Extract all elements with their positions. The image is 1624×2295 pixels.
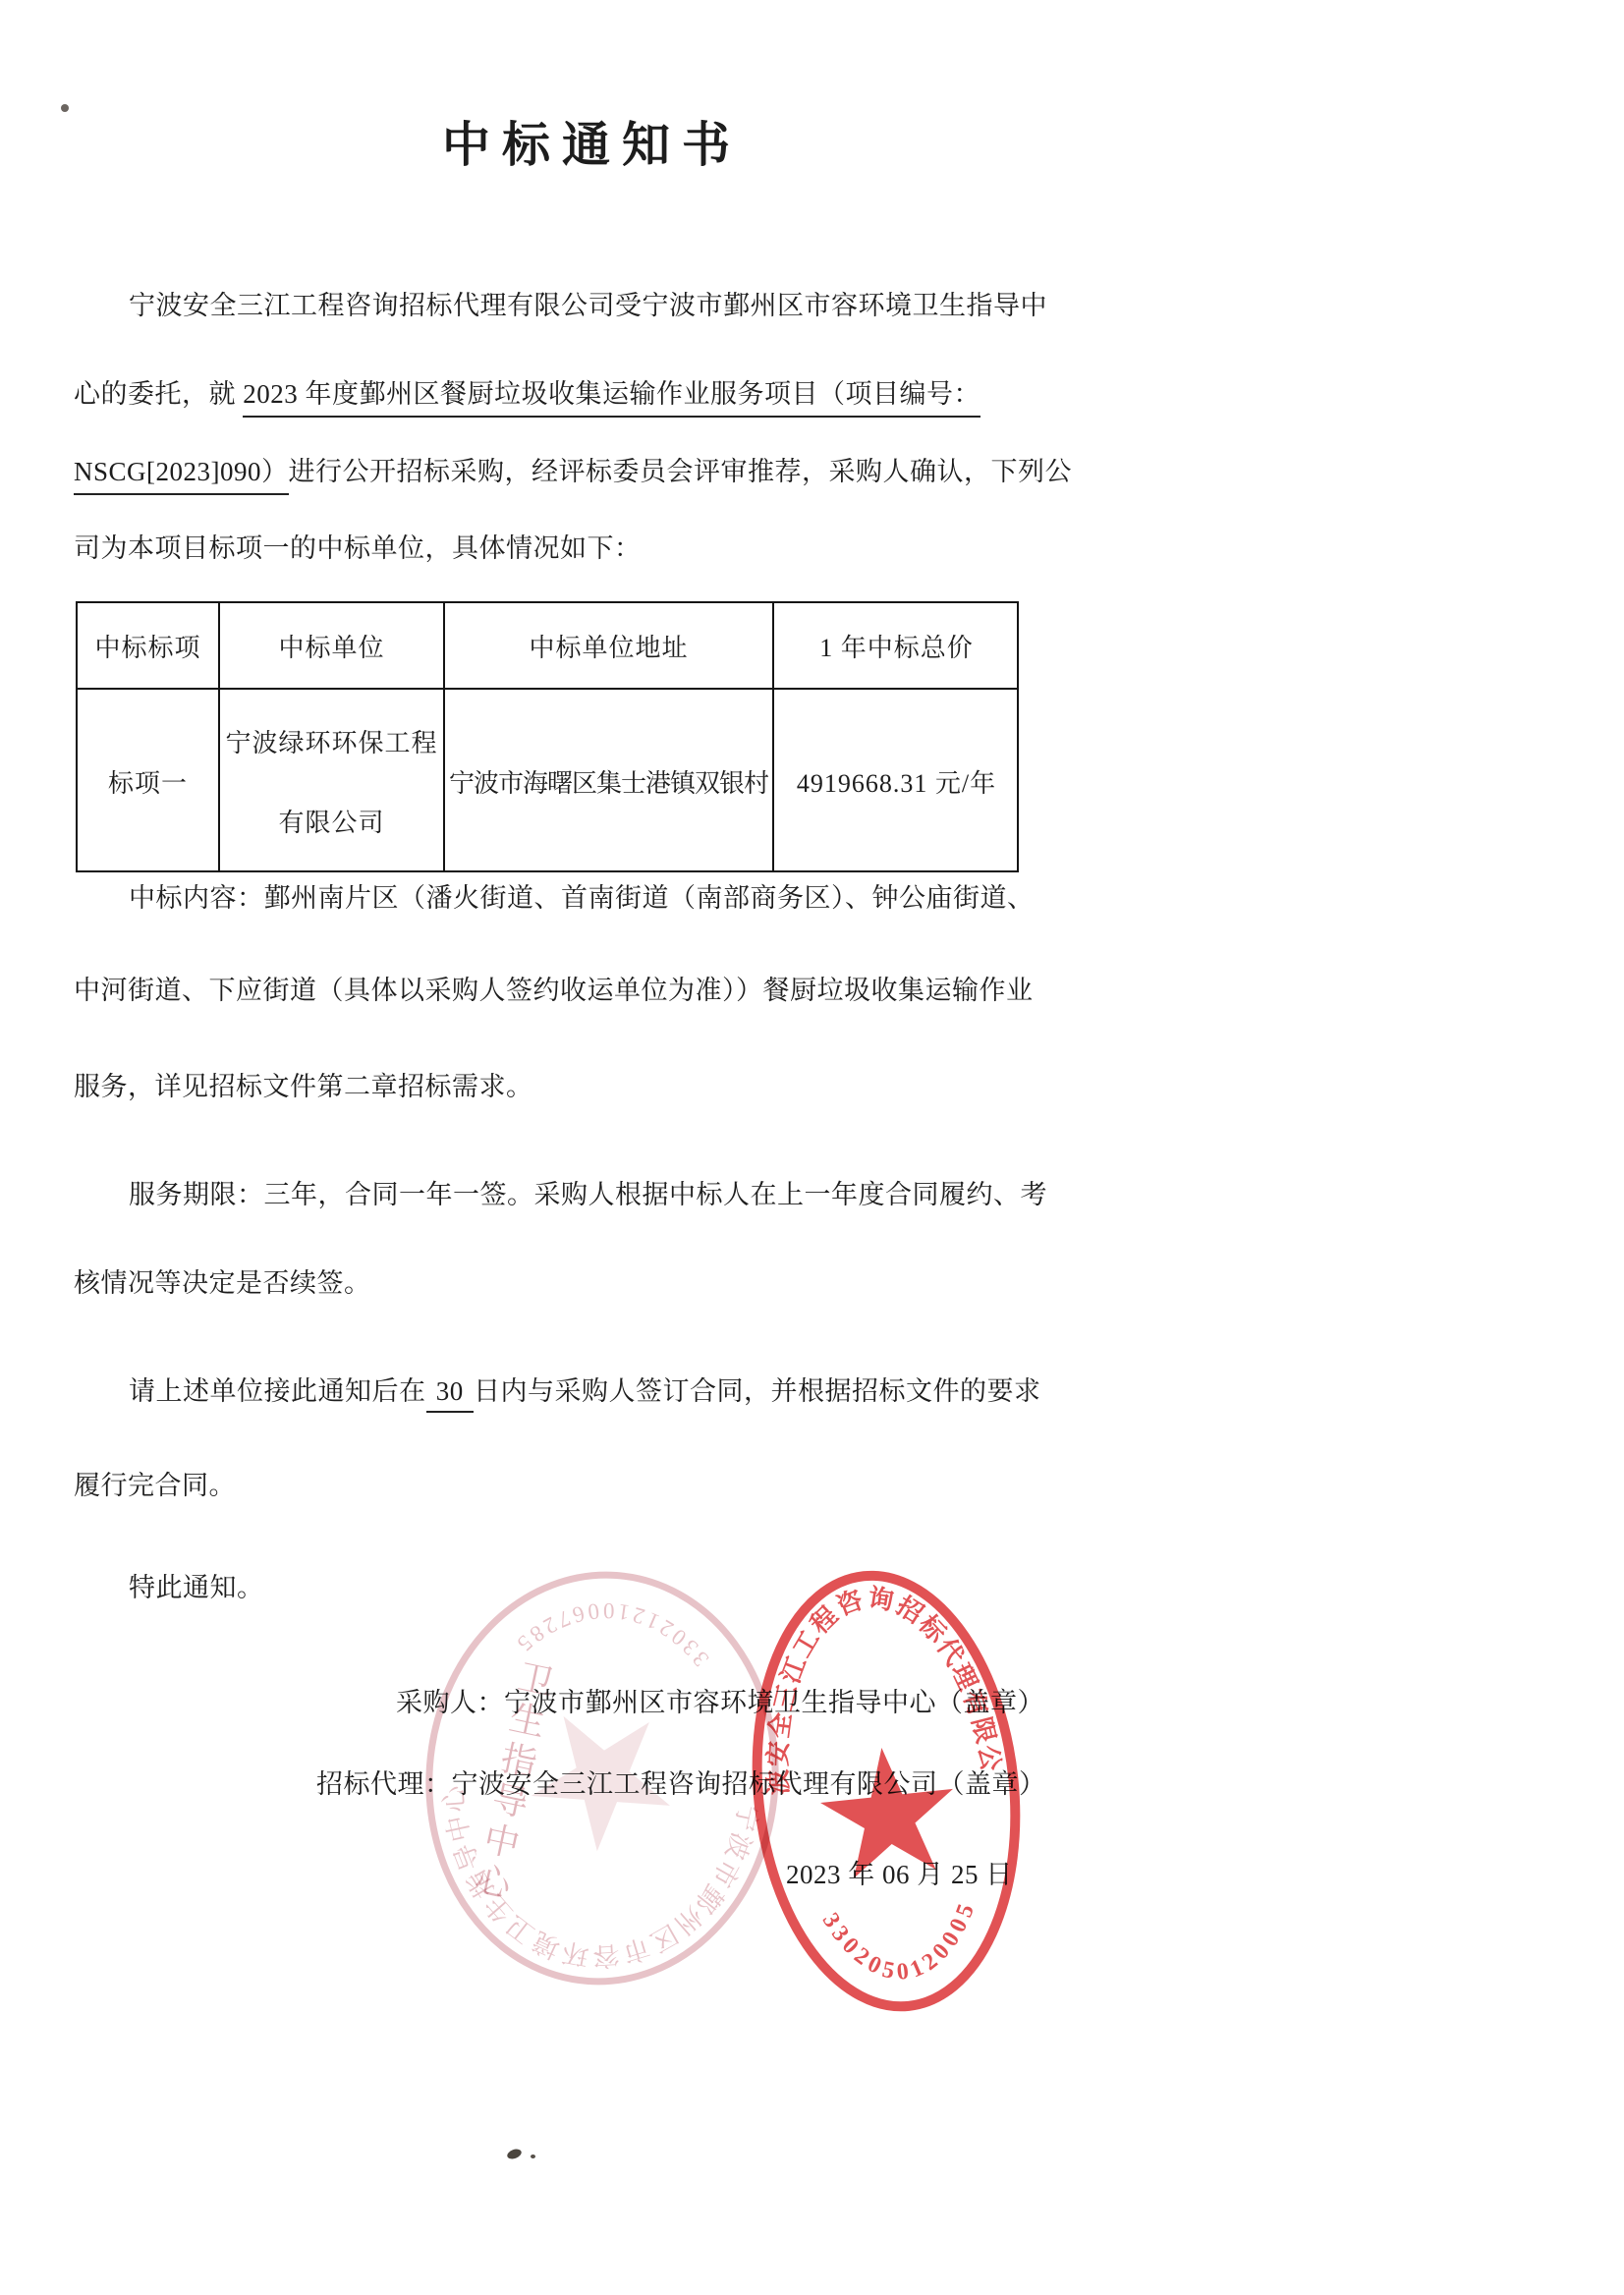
table-header-price: 1 年中标总价 [774,603,1019,690]
table-cell-company-line1: 宁波绿环环保工程 [225,723,437,759]
para4-line1-underlined-days: 30 [426,1376,475,1413]
award-table: 中标标项 中标单位 中标单位地址 1 年中标总价 标项一 宁波绿环环保工程 有限… [76,601,1019,872]
scanned-award-notice-document: 中标通知书 宁波安全三江工程咨询招标代理有限公司受宁波市鄞州区市容环境卫生指导中… [0,0,1624,2295]
para2-line3: 服务，详见招标文件第二章招标需求。 [74,1070,533,1103]
agent-seal-serial: 3302050120005 [815,1894,988,1993]
para1-line3-plain: 进行公开招标采购，经评标委员会评审推荐，采购人确认，下列公 [289,457,1073,486]
signature-date: 2023 年 06 月 25 日 [786,1858,1013,1891]
para2-line1: 中标内容：鄞州南片区（潘火街道、首南街道（南部商务区）、钟公庙街道、 [129,881,1035,915]
document-title: 中标通知书 [442,116,742,175]
table-cell-company-line2: 有限公司 [278,803,384,839]
table-header-address: 中标单位地址 [445,603,774,690]
table-cell-item: 标项一 [78,690,220,872]
para3-line1: 服务期限：三年，合同一年一签。采购人根据中标人在上一年度合同履约、考 [129,1178,1047,1211]
para4-line1: 请上述单位接此通知后在 30 日内与采购人签订合同，并根据招标文件的要求 [129,1374,1041,1408]
signature-agent-line: 招标代理：宁波安全三江工程咨询招标代理有限公司（盖章） [316,1767,1046,1801]
ink-smudge [61,104,69,112]
ink-smudge [506,2148,523,2161]
para1-line2-plain: 心的委托，就 [74,379,243,409]
para1-line3-underlined-project-code: NSCG[2023]090） [74,457,289,495]
para4-line2: 履行完合同。 [74,1469,236,1502]
para3-line2: 核情况等决定是否续签。 [74,1266,371,1300]
table-cell-price: 4919668.31 元/年 [774,690,1019,872]
para4-line1-pre: 请上述单位接此通知后在 [129,1376,426,1406]
para1-line2-underlined-project-name: 2023 年度鄞州区餐厨垃圾收集运输作业服务项目（项目编号： [243,379,980,418]
signature-buyer-line: 采购人：宁波市鄞州区市容环境卫生指导中心（盖章） [396,1686,1044,1719]
table-cell-address: 宁波市海曙区集士港镇双银村 [445,690,774,872]
table-header-item: 中标标项 [78,603,220,690]
buyer-seal-serial: 33021210067285 [508,1592,717,1672]
para2-line2: 中河街道、下应街道（具体以采购人签约收运单位为准））餐厨垃圾收集运输作业 [74,974,1034,1007]
ink-smudge [531,2155,535,2158]
para5-line: 特此通知。 [129,1571,264,1604]
para4-line1-post: 日内与采购人签订合同，并根据招标文件的要求 [474,1376,1041,1406]
table-header-company: 中标单位 [220,603,445,690]
para1-line4: 司为本项目标项一的中标单位，具体情况如下： [74,532,642,565]
table-cell-company: 宁波绿环环保工程 有限公司 [220,690,445,872]
agent-seal-ring-text: 宁波安全三江工程咨询招标代理有限公司 [724,1550,1006,1800]
para1-line3: NSCG[2023]090）进行公开招标采购，经评标委员会评审推荐，采购人确认，… [74,455,1072,488]
para1-line2: 心的委托，就 2023 年度鄞州区餐厨垃圾收集运输作业服务项目（项目编号： [74,377,980,411]
para1-line1: 宁波安全三江工程咨询招标代理有限公司受宁波市鄞州区市容环境卫生指导中 [129,289,1047,322]
